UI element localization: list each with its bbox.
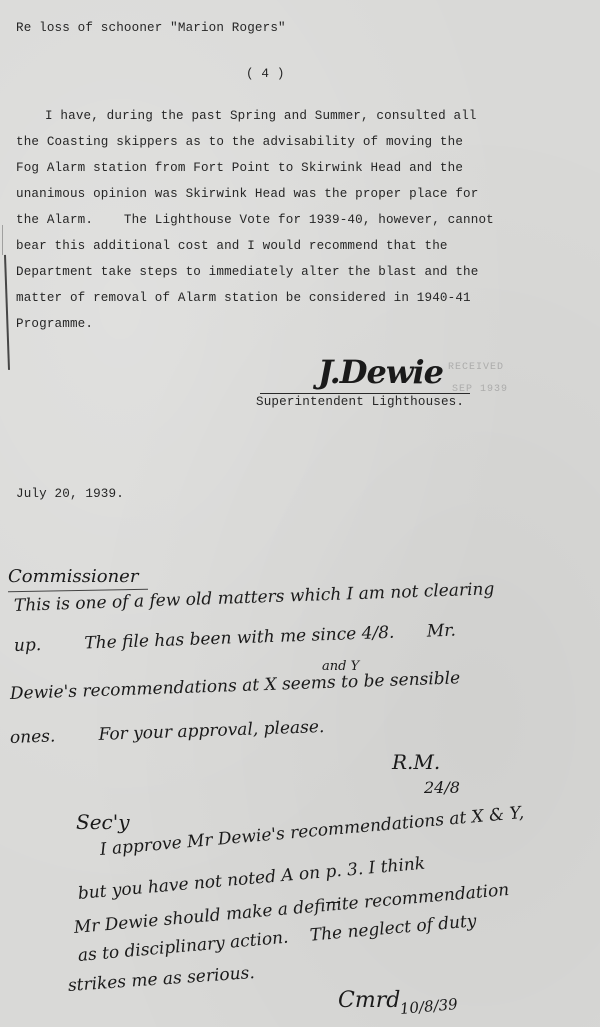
signature-title: Superintendent Lighthouses.: [256, 396, 464, 409]
note2-line: strikes me as serious.: [67, 965, 255, 995]
body-line: Department take steps to immediately alt…: [16, 266, 478, 279]
note1-date: 24/8: [424, 780, 460, 796]
margin-mark: [2, 225, 3, 255]
margin-line: [4, 255, 10, 370]
body-line: bear this additional cost and I would re…: [16, 240, 448, 253]
note1-salutation: Commissioner: [8, 568, 138, 586]
note2-line: I approve Mr Dewie's recommendations at …: [99, 805, 524, 859]
note1-line: ones. For your approval, please.: [10, 719, 325, 747]
received-stamp-line: RECEIVED: [448, 362, 504, 373]
signature-underline: [260, 393, 470, 394]
note2-date: 10/8/39: [399, 997, 458, 1017]
body-line: matter of removal of Alarm station be co…: [16, 292, 471, 305]
document-page: Re loss of schooner "Marion Rogers" ( 4 …: [0, 0, 600, 1027]
document-date: July 20, 1939.: [16, 488, 124, 501]
body-line: Fog Alarm station from Fort Point to Ski…: [16, 162, 463, 175]
body-line: the Coasting skippers as to the advisabi…: [16, 136, 463, 149]
body-line: Programme.: [16, 318, 93, 331]
document-header: Re loss of schooner "Marion Rogers": [16, 22, 286, 35]
note2-initials: Cmrd: [338, 990, 400, 1012]
note2-salutation: Sec'y: [76, 812, 130, 832]
body-line: the Alarm. The Lighthouse Vote for 1939-…: [16, 214, 494, 227]
page-number: ( 4 ): [246, 68, 285, 81]
received-stamp-line: SEP 1939: [452, 384, 508, 395]
body-line: unanimous opinion was Skirwink Head was …: [16, 188, 478, 201]
note1-line: up. The file has been with me since 4/8.…: [14, 623, 456, 655]
body-line: I have, during the past Spring and Summe…: [45, 110, 477, 123]
signature: J.Dewie: [318, 356, 443, 388]
note1-line: Dewie's recommendations at X seems to be…: [10, 670, 461, 703]
note1-initials: R.M.: [392, 752, 440, 772]
